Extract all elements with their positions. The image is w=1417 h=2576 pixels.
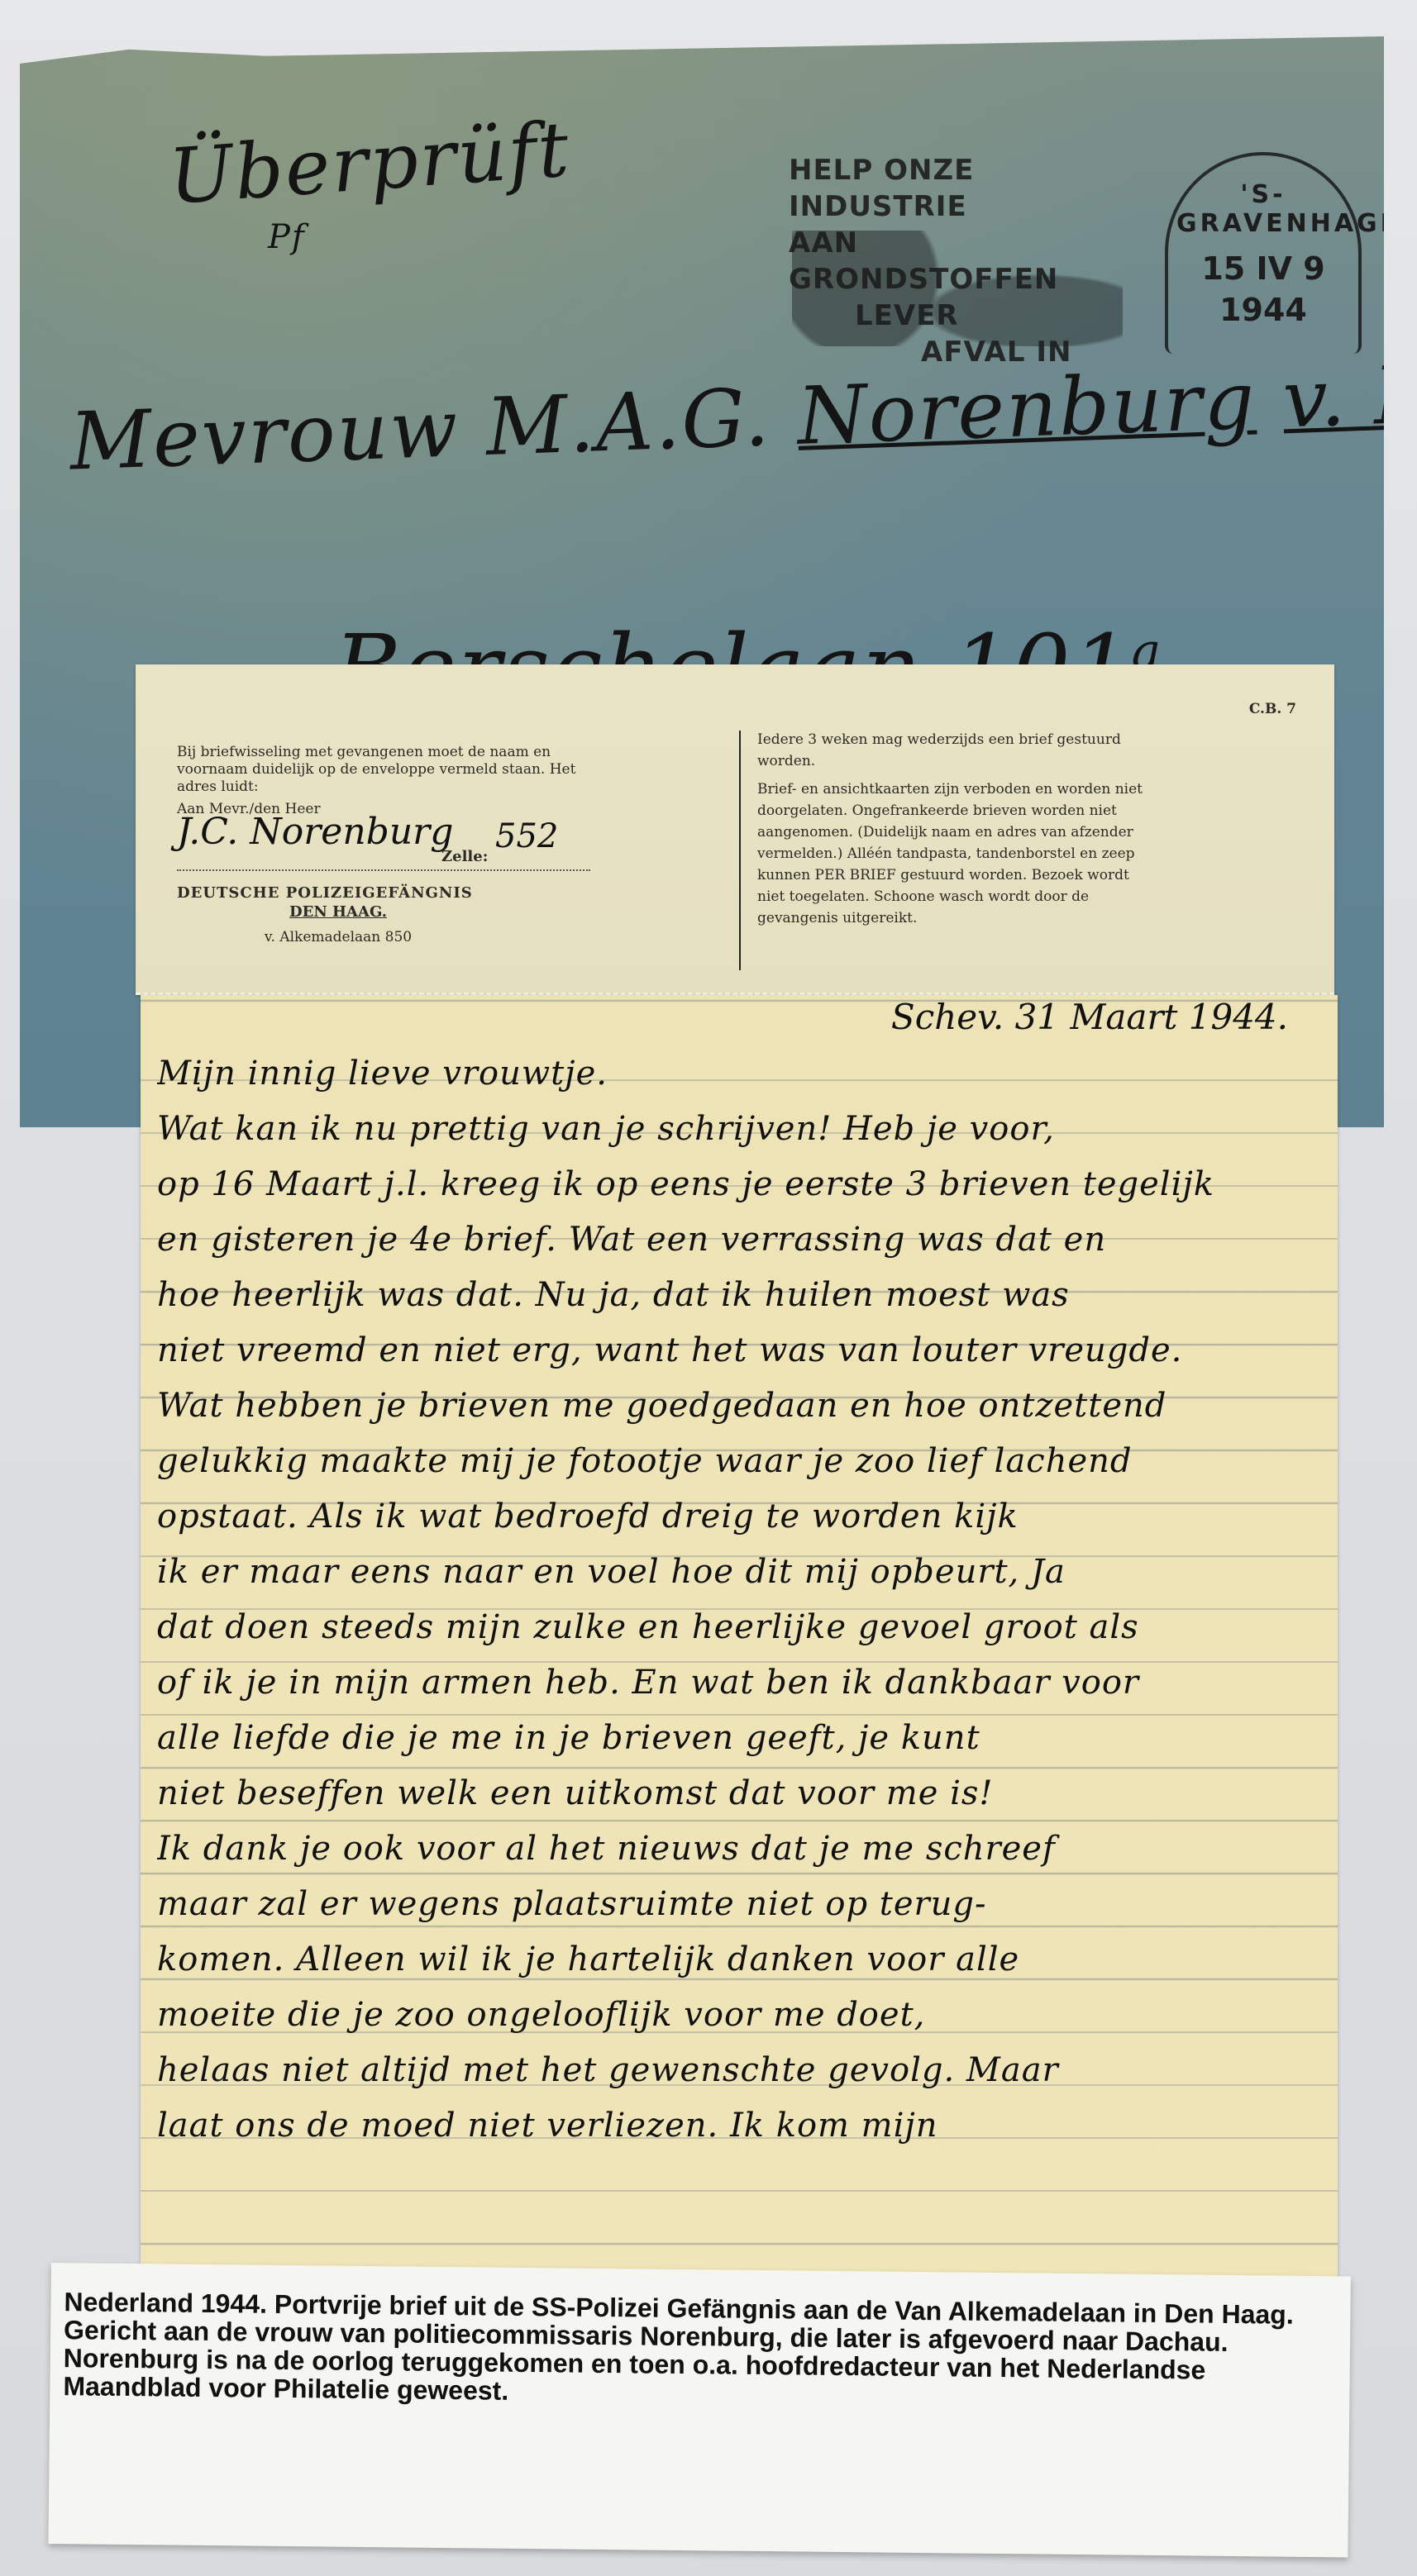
addressee-suffix: v. Lienden: [1281, 338, 1417, 445]
letter-line: maar zal er wegens plaatsruimte niet op …: [157, 1877, 1331, 1932]
censor-mark: Überprüft: [166, 105, 573, 221]
postmark-slogan: HELP ONZE INDUSTRIE AAN GRONDSTOFFEN LEV…: [789, 152, 1136, 350]
letter-body: Mijn innig lieve vrouwtje. Wat kan ik nu…: [157, 1046, 1331, 2154]
postmark-year: 1944: [1168, 292, 1358, 328]
postmark-date: 15 IV 9: [1168, 250, 1358, 287]
letter-line: hoe heerlijk was dat. Nu ja, dat ik huil…: [157, 1268, 1331, 1323]
prisoner-line: J.C. Norenburg Zelle: 552: [177, 823, 590, 881]
letter-line: niet vreemd en niet erg, want het was va…: [157, 1323, 1331, 1378]
form-address-section: Bij briefwisseling met gevangenen moet d…: [177, 744, 590, 946]
letter-line: op 16 Maart j.l. kreeg ik op eens je eer…: [157, 1157, 1331, 1212]
letter-line: alle liefde die je me in je brieven geef…: [157, 1711, 1331, 1766]
letter-line: Mijn innig lieve vrouwtje.: [157, 1046, 1331, 1102]
form-instructions: Bij briefwisseling met gevangenen moet d…: [177, 744, 590, 796]
form-code: C.B. 7: [1249, 701, 1296, 717]
form-rules-section: Iedere 3 weken mag wederzijds een brief …: [757, 729, 1146, 929]
prison-city: DEN HAAG.: [177, 903, 499, 921]
letter-line: komen. Alleen wil ik je hartelijk danken…: [157, 1932, 1331, 1988]
censor-initials: Pf: [268, 218, 306, 256]
dotted-line: [177, 869, 590, 871]
envelope-addressee: Mevrouw M.A.G. Norenburg v. Lienden: [69, 338, 1417, 488]
letter-line: ik er maar eens naar en voel hoe dit mij…: [157, 1545, 1331, 1600]
prison-address: v. Alkemadelaan 850: [177, 929, 499, 946]
postmark-cancellation: HELP ONZE INDUSTRIE AAN GRONDSTOFFEN LEV…: [789, 152, 1359, 350]
letter-line: opstaat. Als ik wat bedroefd dreig te wo…: [157, 1489, 1331, 1545]
letter-line: laat ons de moed niet verliezen. Ik kom …: [157, 2098, 1331, 2154]
addressee-prefix: Mevrouw M.A.G.: [69, 371, 772, 488]
caption-paragraph: Norenburg is na de oorlog teruggekomen e…: [63, 2344, 1337, 2413]
letter-line: gelukkig maakte mij je fotootje waar je …: [157, 1434, 1331, 1489]
rule-details: Brief- en ansichtkaarten zijn verboden e…: [757, 779, 1146, 929]
prison-name: DEUTSCHE POLIZEIGEFÄNGNIS: [177, 884, 590, 902]
postmark-city: 'S-GRAVENHAGE: [1176, 180, 1350, 238]
exhibit-caption-label: Nederland 1944. Portvrije brief uit de S…: [48, 2263, 1350, 2557]
postmark-illustration-icon: [792, 231, 1123, 346]
letter-line: helaas niet altijd met het gewenschte ge…: [157, 2043, 1331, 2098]
rule-frequency: Iedere 3 weken mag wederzijds een brief …: [757, 729, 1146, 772]
cell-label: Zelle:: [441, 848, 488, 865]
letter-date: Schev. 31 Maart 1944.: [891, 997, 1288, 1037]
letter-line: moeite die je zoo ongelooflijk voor me d…: [157, 1988, 1331, 2043]
letter-line: of ik je in mijn armen heb. En wat ben i…: [157, 1655, 1331, 1711]
letter-line: dat doen steeds mijn zulke en heerlijke …: [157, 1600, 1331, 1655]
letter-line: en gisteren je 4e brief. Wat een verrass…: [157, 1212, 1331, 1268]
letter-line: Wat hebben je brieven me goedgedaan en h…: [157, 1378, 1331, 1434]
prison-form-header: C.B. 7 Bij briefwisseling met gevangenen…: [136, 664, 1334, 995]
letter-line: Wat kan ik nu prettig van je schrijven! …: [157, 1102, 1331, 1157]
prisoner-name: J.C. Norenburg: [177, 823, 453, 840]
postmark-dial: 'S-GRAVENHAGE 15 IV 9 1944: [1165, 152, 1362, 354]
cell-number: 552: [495, 828, 558, 845]
handwritten-letter: Schev. 31 Maart 1944. Mijn innig lieve v…: [141, 995, 1338, 2450]
caption-text: Nederland 1944. Portvrije brief uit de S…: [63, 2288, 1337, 2413]
letter-line: niet beseffen welk een uitkomst dat voor…: [157, 1766, 1331, 1821]
form-divider: [739, 731, 741, 970]
letter-line: Ik dank je ook voor al het nieuws dat je…: [157, 1821, 1331, 1877]
slogan-line: HELP ONZE INDUSTRIE: [789, 152, 1136, 225]
addressee-surname: Norenburg: [796, 355, 1258, 463]
